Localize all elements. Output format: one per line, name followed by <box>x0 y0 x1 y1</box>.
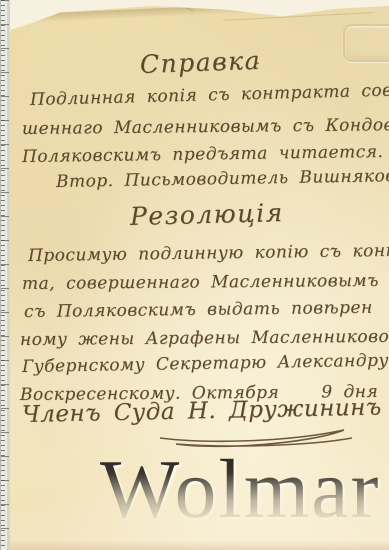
ruler-strip <box>0 0 10 550</box>
handwritten-line: Поляковскимъ предъята читается. <box>22 142 384 167</box>
paper-edge-shadow <box>8 0 389 24</box>
handwritten-line: Просимую подлинную копію съ контрак <box>28 240 389 266</box>
spravka-heading: Справка <box>139 46 261 79</box>
clerk-line: Втор. Письмоводитель Вишняковъ <box>56 166 389 192</box>
handwritten-line: съ Поляковскимъ выдать повѣрен <box>24 298 373 322</box>
handwritten-line: ному жены Аграфены Масленниковой <box>20 327 389 350</box>
document-scan: Справка Подлинная копія съ контракта сов… <box>0 0 389 550</box>
handwritten-line: Подлинная копія съ контракта сов <box>30 81 389 110</box>
handwritten-line: Губернскому Секретарю Александру <box>22 351 389 377</box>
paper-bottom-shade <box>8 540 389 550</box>
ruler-ticks-long <box>1 0 9 550</box>
embossed-stamp <box>343 24 389 62</box>
paper-crease <box>223 12 373 21</box>
handwritten-line: шеннаго Масленниковымъ съ Кондоемъ <box>22 115 389 139</box>
handwritten-line: та, совершеннаго Масленниковымъ <box>22 271 379 294</box>
resolution-heading: Резолюція <box>130 198 284 231</box>
wolmar-watermark: Wolmar <box>100 448 381 532</box>
